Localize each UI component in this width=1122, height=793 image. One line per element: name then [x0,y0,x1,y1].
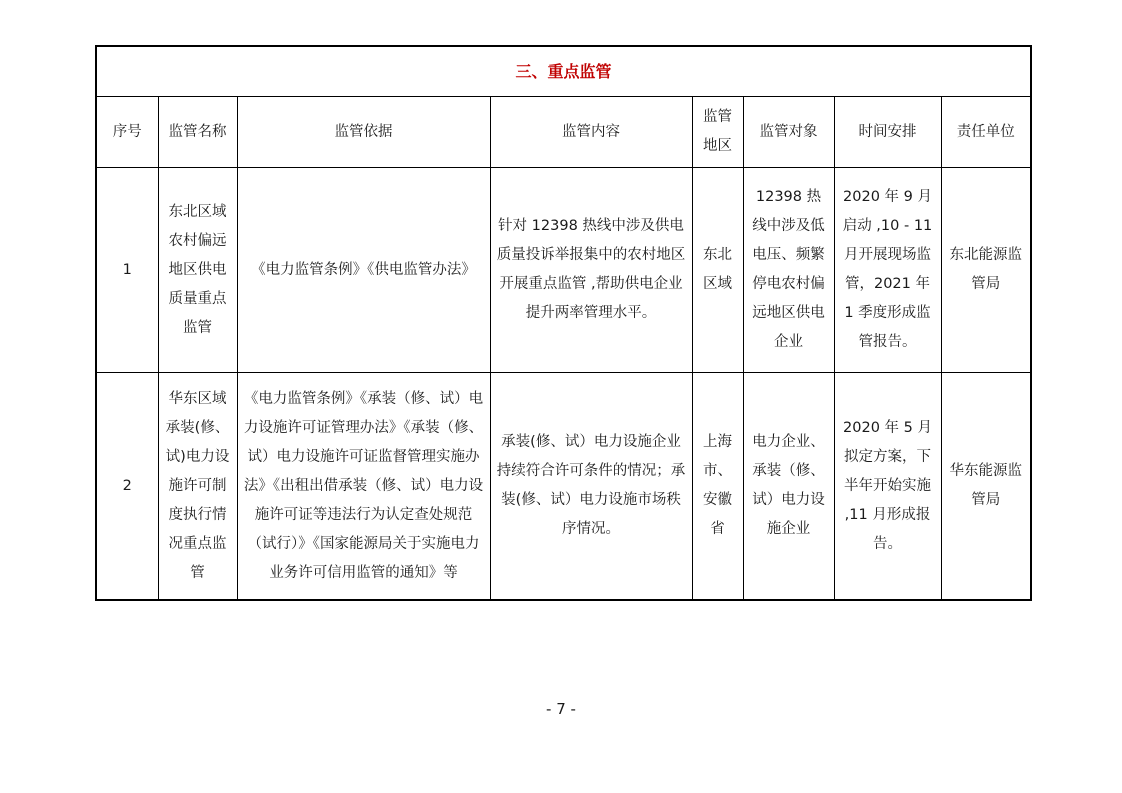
section-title: 三、重点监管 [96,46,1031,97]
column-header-target: 监管对象 [743,97,834,168]
cell-target: 电力企业、承装（修、试）电力设施企业 [743,373,834,601]
cell-schedule: 2020 年 5 月拟定方案，下半年开始实施 ,11 月形成报告。 [834,373,941,601]
page-number: - 7 - [0,700,1122,718]
table-row: 2 华东区域承装(修、试)电力设施许可制度执行情况重点监管 《电力监管条例》《承… [96,373,1031,601]
cell-no: 2 [96,373,158,601]
cell-unit: 东北能源监管局 [941,168,1031,373]
cell-content: 针对 12398 热线中涉及供电质量投诉举报集中的农村地区开展重点监管 ,帮助供… [490,168,692,373]
cell-name: 华东区域承装(修、试)电力设施许可制度执行情况重点监管 [158,373,237,601]
cell-unit: 华东能源监管局 [941,373,1031,601]
cell-region: 上海市、安徽省 [692,373,743,601]
column-header-unit: 责任单位 [941,97,1031,168]
cell-region: 东北区域 [692,168,743,373]
table-title-row: 三、重点监管 [96,46,1031,97]
column-header-no: 序号 [96,97,158,168]
cell-target: 12398 热线中涉及低电压、频繁停电农村偏远地区供电企业 [743,168,834,373]
table-header-row: 序号 监管名称 监管依据 监管内容 监管地区 监管对象 时间安排 责任单位 [96,97,1031,168]
cell-basis: 《电力监管条例》《承装（修、试）电力设施许可证管理办法》《承装（修、试）电力设施… [237,373,490,601]
cell-content: 承装(修、试）电力设施企业持续符合许可条件的情况；承装(修、试）电力设施市场秩序… [490,373,692,601]
column-header-basis: 监管依据 [237,97,490,168]
cell-basis: 《电力监管条例》《供电监管办法》 [237,168,490,373]
table-row: 1 东北区域农村偏远地区供电质量重点监管 《电力监管条例》《供电监管办法》 针对… [96,168,1031,373]
column-header-content: 监管内容 [490,97,692,168]
column-header-schedule: 时间安排 [834,97,941,168]
column-header-name: 监管名称 [158,97,237,168]
document-page: 三、重点监管 序号 监管名称 监管依据 监管内容 监管地区 监管对象 时间安排 … [0,0,1122,793]
cell-schedule: 2020 年 9 月启动 ,10 - 11 月开展现场监管，2021 年 1 季… [834,168,941,373]
supervision-table: 三、重点监管 序号 监管名称 监管依据 监管内容 监管地区 监管对象 时间安排 … [95,45,1032,601]
column-header-region: 监管地区 [692,97,743,168]
cell-name: 东北区域农村偏远地区供电质量重点监管 [158,168,237,373]
cell-no: 1 [96,168,158,373]
